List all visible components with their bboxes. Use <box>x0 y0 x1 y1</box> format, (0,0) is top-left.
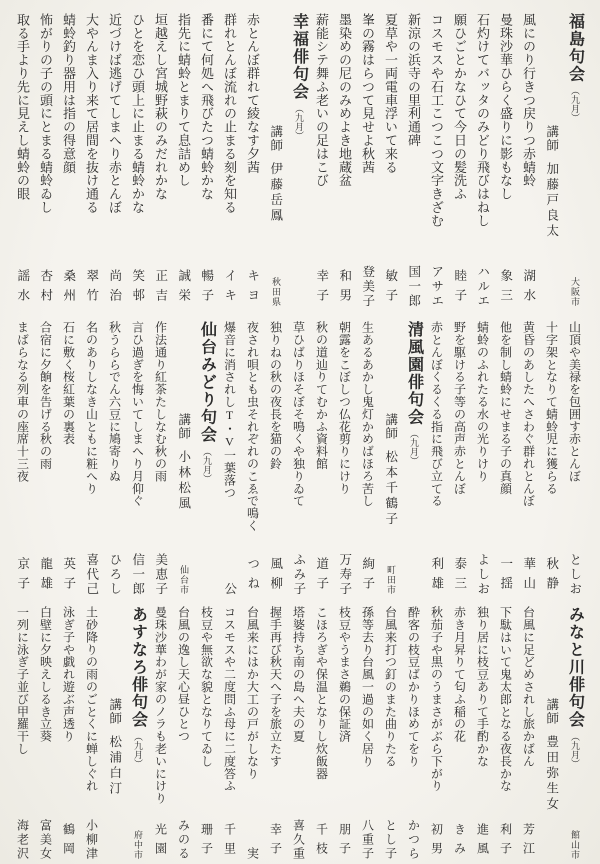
section-title-column: 福島句会（九月）大阪市 <box>564 13 586 309</box>
section-title-column: みなと川俳句会（九月）館山市 <box>564 606 586 862</box>
poem-text: コスモスや二度問ふ母に二度答ふ <box>224 606 236 792</box>
text-band-middle: 山頂や美禄を包囲す赤とんぼとしお十字架となりて蜻蛉児に獲らる秋静黄昏のあしたへさ… <box>0 321 600 597</box>
poem-text: 新涼の浜寺の里利通碑 <box>407 13 420 147</box>
author-name: 謡水 <box>16 269 29 309</box>
lecturer-label: 講師 <box>545 698 559 725</box>
poem-column: 枝豆やうまさ鵜の保証済朋子 <box>333 606 356 862</box>
poem-text: 取る手より先に見えし蜻蛉の眼 <box>16 13 29 201</box>
poem-column: 墨染めの尼のみめよき地蔵盆和男 <box>333 13 356 309</box>
author-name: アサエ <box>430 265 443 310</box>
author-name: 英子 <box>62 557 75 597</box>
author-name: ふみ子 <box>292 553 305 598</box>
author-name: 万寿子 <box>338 553 351 598</box>
poem-text: 台風来打つ釘のまた曲りたる <box>385 606 397 767</box>
poem-column: 台風来にはか大工の戸がしなり実 <box>241 606 264 862</box>
poem-text: 作法通り紅茶たしなむ秋の雨 <box>155 321 167 482</box>
poem-column: 近づけば逃げてしまへり赤とんぼ尚治 <box>103 13 126 309</box>
poem-text: 怖がりの子の頭にとまる蜻蛉ゐし <box>39 13 52 214</box>
poem-text: 大やんま入り来て居間を抜け通る <box>85 13 98 214</box>
lecturer-line: 講師小林松風 <box>177 321 190 512</box>
poem-text: 名のありしなき山ともに粧へり <box>86 321 98 495</box>
poem-column: こほろぎや保温となりし炊飯器千枝 <box>310 606 333 862</box>
poem-column: ひとを恋ひ頭上に止まる蜻蛉かな笑邨 <box>126 13 149 309</box>
poem-column: 台風に足どめされし旅かばん芳江 <box>517 606 540 862</box>
poem-column: 赤き月昇りて匂ふ稲の花きみ <box>448 606 471 862</box>
text-band-bottom: みなと川俳句会（九月）館山市講師豊田弥生女台風に足どめされし旅かばん芳江下駄はい… <box>0 606 600 862</box>
lecturer-label: 講師 <box>108 698 122 725</box>
poem-text: 酔客の枝豆ばかりほめてをり <box>408 606 420 767</box>
poem-column: 黄昏のあしたへさわぐ群れとんぼ華山 <box>517 321 540 597</box>
poem-text: 独りねの秋の夜長を猫の鈴 <box>270 321 282 470</box>
poem-text: 曼珠沙華ひらく盛りに影もなし <box>499 13 512 201</box>
poem-column: 握手再び秋天へ子を旅立たす幸子 <box>264 606 287 862</box>
author-name: 敏子 <box>384 269 397 309</box>
poem-column: 酔客の枝豆ばかりほめてをりかつら <box>402 606 425 862</box>
poem-column: 独り居に枝豆ありて手酌かな進風 <box>471 606 494 862</box>
section-header-asunaro: あすなろ俳句会（九月）府中市講師松浦白汀 <box>103 606 149 862</box>
section-month-note: （九月） <box>570 86 579 122</box>
poem-column: コスモスや石工こつこつ文字きざむアサエ <box>425 13 448 309</box>
section-title-column: 清風園俳句会（九月） <box>403 321 425 597</box>
poem-text: 草ひばりほそぼそ鳴くや独りゐて <box>293 321 305 507</box>
author-name: かつら <box>408 819 420 862</box>
author-name: 桑州 <box>62 269 75 309</box>
poem-column: 石に敷く桜紅葉の裏表英子 <box>57 321 80 597</box>
poem-column: 赤とんぼ群れて綾なす夕茜キヨ <box>241 13 264 309</box>
section-title: 幸福俳句会 <box>291 13 307 101</box>
section-month-note: （九月） <box>133 732 142 768</box>
city-label: 府中市 <box>133 830 142 862</box>
author-name: 美恵子 <box>154 553 167 598</box>
section-header-koufuku: 幸福俳句会（九月）講師伊藤岳鳳秋田県 <box>264 13 310 309</box>
poem-column: 夏草や一両電車浮いて来る敏子 <box>379 13 402 309</box>
author-name: 小柳津 <box>86 819 98 862</box>
poem-column: 願ひごとかなひて今日の髪洗ふ睦子 <box>448 13 471 309</box>
poem-text: 風にのり行きつ戻りつ赤蜻蛉 <box>522 13 535 187</box>
author-name: 龍雄 <box>39 557 52 597</box>
poem-text: 秋茄子や黒のうまさがぶら下がり <box>431 606 443 792</box>
section-month-note: （九月） <box>294 104 303 140</box>
poem-text: 独り居に枝豆ありて手酌かな <box>477 606 489 767</box>
author-name: きみ <box>454 823 466 862</box>
poem-column: コスモスや二度問ふ母に二度答ふ千里 <box>218 606 241 862</box>
poem-column: 作法通り紅茶たしなむ秋の雨美恵子 <box>149 321 172 597</box>
poem-text: 台風の逸し天心昼ひとつ <box>178 606 190 742</box>
poem-text: 塔婆持ち南の島へ夫の夏 <box>293 606 305 742</box>
author-name: 誠栄 <box>177 269 190 309</box>
lecturer-line: 講師豊田弥生女 <box>545 606 558 813</box>
poem-text: コスモスや石工こつこつ文字きざむ <box>430 13 443 227</box>
author-name: つね <box>246 557 259 597</box>
poem-text: 群れとんぼ流れの止まる刻を知る <box>223 13 236 214</box>
poem-text: 願ひごとかなひて今日の髪洗ふ <box>453 13 466 201</box>
poem-column: 指先に蜻蛉とまりて息詰めし誠栄 <box>172 13 195 309</box>
author-name: 喜代己 <box>85 553 98 598</box>
poem-text: 石に敷く桜紅葉の裏表 <box>63 321 75 445</box>
poem-column: 薪能シテ舞ふ老いの足はこび幸子 <box>310 13 333 309</box>
section-title: みなと川俳句会 <box>567 606 583 729</box>
author-name: 八重子 <box>362 819 374 862</box>
section-lecturer-column: 講師加藤戸良太 <box>541 13 563 309</box>
poem-column: 独りねの秋の夜長を猫の鈴風柳 <box>264 321 287 597</box>
poem-column: 番にて何処へ飛びたつ蜻蛉かな暢子 <box>195 13 218 309</box>
lecturer-name: 豊田弥生女 <box>545 735 558 813</box>
poem-text: まばらなる列車の座席十三夜 <box>17 321 29 482</box>
author-name: 風柳 <box>269 557 282 597</box>
author-name: 杏村 <box>39 269 52 309</box>
lecturer-label: 講師 <box>384 413 398 440</box>
author-name: 幸子 <box>315 269 328 309</box>
poem-column: 塔婆持ち南の島へ夫の夏喜久重 <box>287 606 310 862</box>
author-name: としお <box>568 553 581 598</box>
poem-column: 合宿に夕餉を告げる秋の雨龍雄 <box>34 321 57 597</box>
poem-text: 蜻蛉のふれたる水の光りけり <box>477 321 489 482</box>
author-name: 和男 <box>338 269 351 309</box>
lecturer-line: 講師伊藤岳鳳 <box>269 13 282 224</box>
author-name: キヨ <box>246 269 259 309</box>
poem-text: 薪能シテ舞ふ老いの足はこび <box>315 13 328 187</box>
poem-column: 峯の霧はらつて見せよ秋茜登美子 <box>356 13 379 309</box>
city-label: 秋田県 <box>271 277 280 309</box>
poem-column: 枝豆や無欲な貌となりてゐし珊子 <box>195 606 218 862</box>
author-name: 進風 <box>477 823 489 862</box>
poem-text: 黄昏のあしたへさわぐ群れとんぼ <box>523 321 535 507</box>
poem-text: 生あるあかし鬼灯かめばほろ苦し <box>362 321 374 507</box>
section-header-minatogawa: みなと川俳句会（九月）館山市講師豊田弥生女 <box>540 606 586 862</box>
poem-text: 赤とんぼくるくる指に飛び立てる <box>431 321 443 507</box>
lecturer-line: 講師加藤戸良太 <box>545 13 558 240</box>
section-title-column: あすなろ俳句会（九月）府中市 <box>127 606 149 862</box>
poem-column: 怖がりの子の頭にとまる蜻蛉ゐし杏村 <box>34 13 57 309</box>
poem-text: 曼珠沙華わが家のノラも老いにけり <box>155 606 167 804</box>
poem-text: ひとを恋ひ頭上に止まる蜻蛉かな <box>131 13 144 214</box>
poem-column: 垣越えし宮城野萩のみだれかな正吉 <box>149 13 172 309</box>
poem-text: 蜻蛉釣り器用は指の得意顔 <box>62 13 75 174</box>
author-name: みのる <box>178 819 190 862</box>
lecturer-name: 加藤戸良太 <box>545 162 558 240</box>
poem-text: 赤き月昇りて匂ふ稲の花 <box>454 606 466 742</box>
section-title: あすなろ俳句会 <box>130 606 146 729</box>
poem-text: 合宿に夕餉を告げる秋の雨 <box>40 321 52 470</box>
author-name: とし子 <box>385 819 397 862</box>
poem-column: 大やんま入り来て居間を抜け通る翠竹 <box>80 13 103 309</box>
author-name: 珊子 <box>201 823 213 862</box>
poem-column: 朝露をこぼしつ仏花剪りにけり万寿子 <box>333 321 356 597</box>
poem-column: 蜻蛉のふれたる水の光りけりよしお <box>471 321 494 597</box>
author-name: 京子 <box>16 557 29 597</box>
poem-column: 言ひ過ぎを悔いてしまへり月仰ぐ信一郎 <box>126 321 149 597</box>
section-title-column: 仙台みどり句会（九月） <box>196 321 218 597</box>
poem-text: 野を駆ける子等の高声赤とんぼ <box>454 321 466 495</box>
poem-text: 峯の霧はらつて見せよ秋茜 <box>361 13 374 174</box>
poem-column: 他を制し蜻蛉にせまる子の真顔一揺 <box>494 321 517 597</box>
section-title: 福島句会 <box>567 13 583 83</box>
poem-text: 墨染めの尼のみめよき地蔵盆 <box>338 13 351 187</box>
lecturer-name: 小林松風 <box>177 450 190 512</box>
poem-column: 夜され唄とも虫それぞれのこゑで鳴くつね <box>241 321 264 597</box>
author-name: 泰三 <box>453 557 466 597</box>
poem-column: 取る手より先に見えし蜻蛉の眼謡水 <box>11 13 34 309</box>
author-name: 国一郎 <box>407 265 420 310</box>
author-name: ハルエ <box>476 265 489 310</box>
poem-text: 枝豆や無欲な貌となりてゐし <box>201 606 213 767</box>
section-title: 清風園俳句会 <box>406 321 422 426</box>
author-name: 一揺 <box>499 557 512 597</box>
author-name: 翠竹 <box>85 269 98 309</box>
author-name: 道子 <box>315 557 328 597</box>
lecturer-label: 講師 <box>177 413 191 440</box>
poem-column: 名のありしなき山ともに粧へり喜代己 <box>80 321 103 597</box>
author-name: 睦子 <box>453 269 466 309</box>
author-name: イキ <box>223 269 236 309</box>
poem-column: 爆音に消されしT・V一葉落つ公 <box>218 321 241 597</box>
poem-text: 夜され唄とも虫それぞれのこゑで鳴く <box>247 321 259 532</box>
city-label: 大阪市 <box>570 277 579 309</box>
poem-column: 山頂や美禄を包囲す赤とんぼとしお <box>563 321 586 597</box>
poem-text: こほろぎや保温となりし炊飯器 <box>316 606 328 780</box>
lecturer-name: 松本千鶴子 <box>384 450 397 528</box>
section-month-note: （九月） <box>202 447 211 483</box>
author-name: 鶴岡 <box>63 823 75 862</box>
lecturer-line: 講師松本千鶴子 <box>384 321 397 528</box>
city-label: 館山市 <box>570 830 579 862</box>
section-lecturer-column: 講師豊田弥生女 <box>541 606 563 862</box>
poem-text: 握手再び秋天へ子を旅立たす <box>270 606 282 767</box>
author-name: 光園 <box>155 823 167 862</box>
author-name: 千里 <box>224 823 236 862</box>
author-name: 笑邨 <box>131 269 144 309</box>
poem-text: 台風に足どめされし旅かばん <box>523 606 535 767</box>
poem-column: 下駄はいて鬼太郎となる夜長かな利子 <box>494 606 517 862</box>
author-name: 暢子 <box>200 269 213 309</box>
poem-column: 生あるあかし鬼灯かめばほろ苦し絢子 <box>356 321 379 597</box>
poem-text: 秋の道辿りてむかふ資料館 <box>316 321 328 470</box>
poem-column: 台風の逸し天心昼ひとつみのる <box>172 606 195 862</box>
poem-column: 秋茄子や黒のうまさがぶら下がり初男 <box>425 606 448 862</box>
section-month-note: （九月） <box>570 732 579 768</box>
poem-column: 台風来打つ釘のまた曲りたるとし子 <box>379 606 402 862</box>
poem-column: 蜻蛉釣り器用は指の得意顔桑州 <box>57 13 80 309</box>
poem-column: 秋の道辿りてむかふ資料館道子 <box>310 321 333 597</box>
poem-text: 番にて何処へ飛びたつ蜻蛉かな <box>200 13 213 201</box>
poem-column: 一列に泳ぎ子並び甲羅干し海老沢 <box>11 606 34 862</box>
section-title: 仙台みどり句会 <box>199 321 215 444</box>
poem-column: 曼珠沙華わが家のノラも老いにけり光園 <box>149 606 172 862</box>
author-name: 象三 <box>499 269 512 309</box>
lecturer-name: 伊藤岳鳳 <box>269 162 282 224</box>
author-name: 尚治 <box>108 269 121 309</box>
poem-text: 泳ぎ子や戯れ遊ぶ声透り <box>63 606 75 742</box>
scanned-haiku-page: 福島句会（九月）大阪市講師加藤戸良太風にのり行きつ戻りつ赤蜻蛉湖水曼珠沙華ひらく… <box>0 0 600 864</box>
poem-column: 風にのり行きつ戻りつ赤蜻蛉湖水 <box>517 13 540 309</box>
author-name: 秋静 <box>545 557 558 597</box>
poem-column: 秋うららでん六豆に鳩寄りぬひろし <box>103 321 126 597</box>
poem-column: 石灼けてバッタのみどり飛びはねしハルエ <box>471 13 494 309</box>
author-name: 公 <box>223 582 236 598</box>
poem-column: 孫等去り台風一過の如く居り八重子 <box>356 606 379 862</box>
section-lecturer-column: 講師小林松風仙台市 <box>173 321 195 597</box>
section-header-seifuen: 清風園俳句会（九月）講師松本千鶴子町田市 <box>379 321 425 597</box>
poem-text: 山頂や美禄を包囲す赤とんぼ <box>569 321 581 482</box>
section-lecturer-column: 講師伊藤岳鳳秋田県 <box>265 13 287 309</box>
poem-text: 孫等去り台風一過の如く居り <box>362 606 374 767</box>
author-name: 絢子 <box>361 557 374 597</box>
author-name: 千枝 <box>316 823 328 862</box>
lecturer-label: 講師 <box>545 125 559 152</box>
author-name: 富美女 <box>40 819 52 862</box>
poem-text: 十字架となりて蜻蛉児に獲らる <box>546 321 558 495</box>
author-name: 正吉 <box>154 269 167 309</box>
section-month-note: （九月） <box>409 429 418 465</box>
lecturer-label: 講師 <box>269 125 283 152</box>
poem-text: 赤とんぼ群れて綾なす夕茜 <box>246 13 259 174</box>
poem-column: まばらなる列車の座席十三夜京子 <box>11 321 34 597</box>
poem-column: 草ひばりほそぼそ鳴くや独りゐてふみ子 <box>287 321 310 597</box>
poem-text: 朝露をこぼしつ仏花剪りにけり <box>339 321 351 495</box>
section-lecturer-column: 講師松浦白汀 <box>104 606 126 862</box>
section-lecturer-column: 講師松本千鶴子町田市 <box>380 321 402 597</box>
author-name: 海老沢 <box>17 819 29 862</box>
poem-column: 土砂降りの雨のごとくに蝉しぐれ小柳津 <box>80 606 103 862</box>
city-label: 町田市 <box>386 565 395 597</box>
poem-column: 野を駆ける子等の高声赤とんぼ泰三 <box>448 321 471 597</box>
poem-column: 新涼の浜寺の里利通碑国一郎 <box>402 13 425 309</box>
author-name: 芳江 <box>523 823 535 862</box>
section-header-sendai-midori: 仙台みどり句会（九月）講師小林松風仙台市 <box>172 321 218 597</box>
poem-text: 言ひ過ぎを悔いてしまへり月仰ぐ <box>132 321 144 507</box>
author-name: よしお <box>476 553 489 598</box>
author-name: 湖水 <box>522 269 535 309</box>
author-name: 初男 <box>431 823 443 862</box>
poem-text: 垣越えし宮城野萩のみだれかな <box>154 13 167 201</box>
author-name: 幸子 <box>270 823 282 862</box>
poem-text: 他を制し蜻蛉にせまる子の真顔 <box>500 321 512 495</box>
text-band-top: 福島句会（九月）大阪市講師加藤戸良太風にのり行きつ戻りつ赤蜻蛉湖水曼珠沙華ひらく… <box>0 13 600 309</box>
author-name: 登美子 <box>361 265 374 310</box>
poem-text: 指先に蜻蛉とまりて息詰めし <box>177 13 190 187</box>
author-name: 華山 <box>522 557 535 597</box>
poem-text: 夏草や一両電車浮いて来る <box>384 13 397 174</box>
poem-text: 秋うららでん六豆に鳩寄りぬ <box>109 321 121 482</box>
poem-text: 一列に泳ぎ子並び甲羅干し <box>17 606 29 755</box>
poem-text: 白壁に夕映えしるき立葵 <box>40 606 52 742</box>
author-name: 朋子 <box>339 823 351 862</box>
poem-text: 土砂降りの雨のごとくに蝉しぐれ <box>86 606 98 792</box>
poem-text: 石灼けてバッタのみどり飛びはねし <box>476 13 489 227</box>
poem-text: 近づけば逃げてしまへり赤とんぼ <box>108 13 121 214</box>
poem-column: 赤とんぼくるくる指に飛び立てる利雄 <box>425 321 448 597</box>
poem-text: 下駄はいて鬼太郎となる夜長かな <box>500 606 512 792</box>
poem-column: 群れとんぼ流れの止まる刻を知るイキ <box>218 13 241 309</box>
author-name: 喜久重 <box>293 819 305 862</box>
lecturer-name: 松浦白汀 <box>108 735 121 797</box>
city-label: 仙台市 <box>179 565 188 597</box>
lecturer-line: 講師松浦白汀 <box>108 606 121 797</box>
poem-column: 曼珠沙華ひらく盛りに影もなし象三 <box>494 13 517 309</box>
poem-text: 枝豆やうまさ鵜の保証済 <box>339 606 351 742</box>
poem-column: 十字架となりて蜻蛉児に獲らる秋静 <box>540 321 563 597</box>
poem-column: 白壁に夕映えしるき立葵富美女 <box>34 606 57 862</box>
poem-text: 爆音に消されしT・V一葉落つ <box>224 321 236 499</box>
author-name: ひろし <box>108 553 121 598</box>
section-header-fukushima: 福島句会（九月）大阪市講師加藤戸良太 <box>540 13 586 309</box>
author-name: 利子 <box>500 823 512 862</box>
author-name: 利雄 <box>430 557 443 597</box>
poem-column: 泳ぎ子や戯れ遊ぶ声透り鶴岡 <box>57 606 80 862</box>
poem-text: 台風来にはか大工の戸がしなり <box>247 606 259 780</box>
section-title-column: 幸福俳句会（九月） <box>288 13 310 309</box>
author-name: 実 <box>247 847 259 862</box>
author-name: 信一郎 <box>131 553 144 598</box>
